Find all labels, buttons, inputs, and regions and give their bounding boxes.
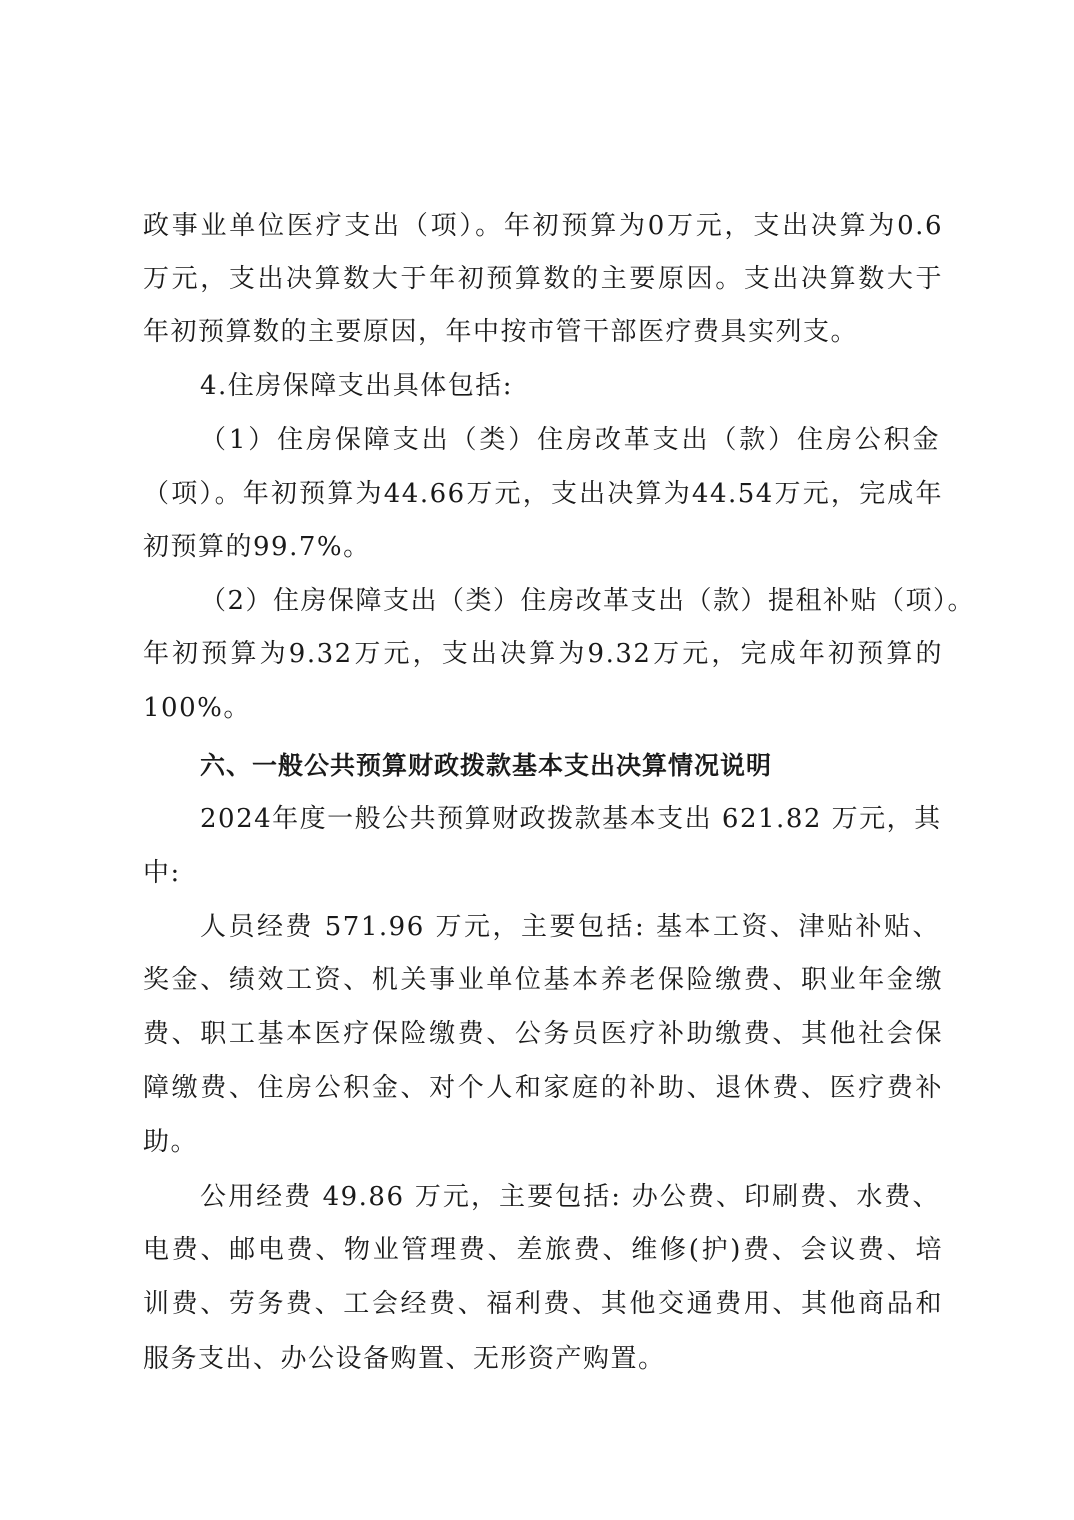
paragraph-line: 100%。 [143, 688, 943, 728]
section-heading: 六、一般公共预算财政拨款基本支出决算情况说明 [200, 746, 940, 786]
paragraph-line: 服务支出、办公设备购置、无形资产购置。 [143, 1339, 943, 1379]
paragraph-line: （1）住房保障支出（类）住房改革支出（款）住房公积金 [200, 420, 940, 460]
section-subtitle-housing: 4.住房保障支出具体包括: [200, 366, 940, 406]
document-page: 政事业单位医疗支出（项）。年初预算为0万元，支出决算为0.6 万元，支出决算数大… [0, 0, 1074, 1520]
paragraph-line: 障缴费、住房公积金、对个人和家庭的补助、退休费、医疗费补 [143, 1068, 943, 1108]
paragraph-line: 2024年度一般公共预算财政拨款基本支出 621.82 万元，其 [200, 799, 940, 839]
paragraph-line: 公用经费 49.86 万元，主要包括: 办公费、印刷费、水费、 [200, 1177, 940, 1217]
paragraph-line: 万元，支出决算数大于年初预算数的主要原因。支出决算数大于 [143, 259, 943, 299]
paragraph-line: 电费、邮电费、物业管理费、差旅费、维修(护)费、会议费、培 [143, 1230, 943, 1270]
paragraph-line: 政事业单位医疗支出（项）。年初预算为0万元，支出决算为0.6 [143, 206, 943, 246]
paragraph-line: 年初预算数的主要原因，年中按市管干部医疗费具实列支。 [143, 312, 943, 352]
paragraph-line: 训费、劳务费、工会经费、福利费、其他交通费用、其他商品和 [143, 1284, 943, 1324]
paragraph-line: 中: [143, 853, 943, 893]
paragraph-line: 奖金、绩效工资、机关事业单位基本养老保险缴费、职业年金缴 [143, 960, 943, 1000]
paragraph-line: 费、职工基本医疗保险缴费、公务员医疗补助缴费、其他社会保 [143, 1014, 943, 1054]
paragraph-line: 初预算的99.7%。 [143, 527, 943, 567]
paragraph-line: （2）住房保障支出（类）住房改革支出（款）提租补贴（项）。 [200, 581, 940, 621]
paragraph-line: 人员经费 571.96 万元，主要包括: 基本工资、津贴补贴、 [200, 907, 940, 947]
paragraph-line: 年初预算为9.32万元，支出决算为9.32万元，完成年初预算的 [143, 634, 943, 674]
paragraph-line: （项）。年初预算为44.66万元，支出决算为44.54万元，完成年 [143, 474, 943, 514]
paragraph-line: 助。 [143, 1122, 943, 1162]
